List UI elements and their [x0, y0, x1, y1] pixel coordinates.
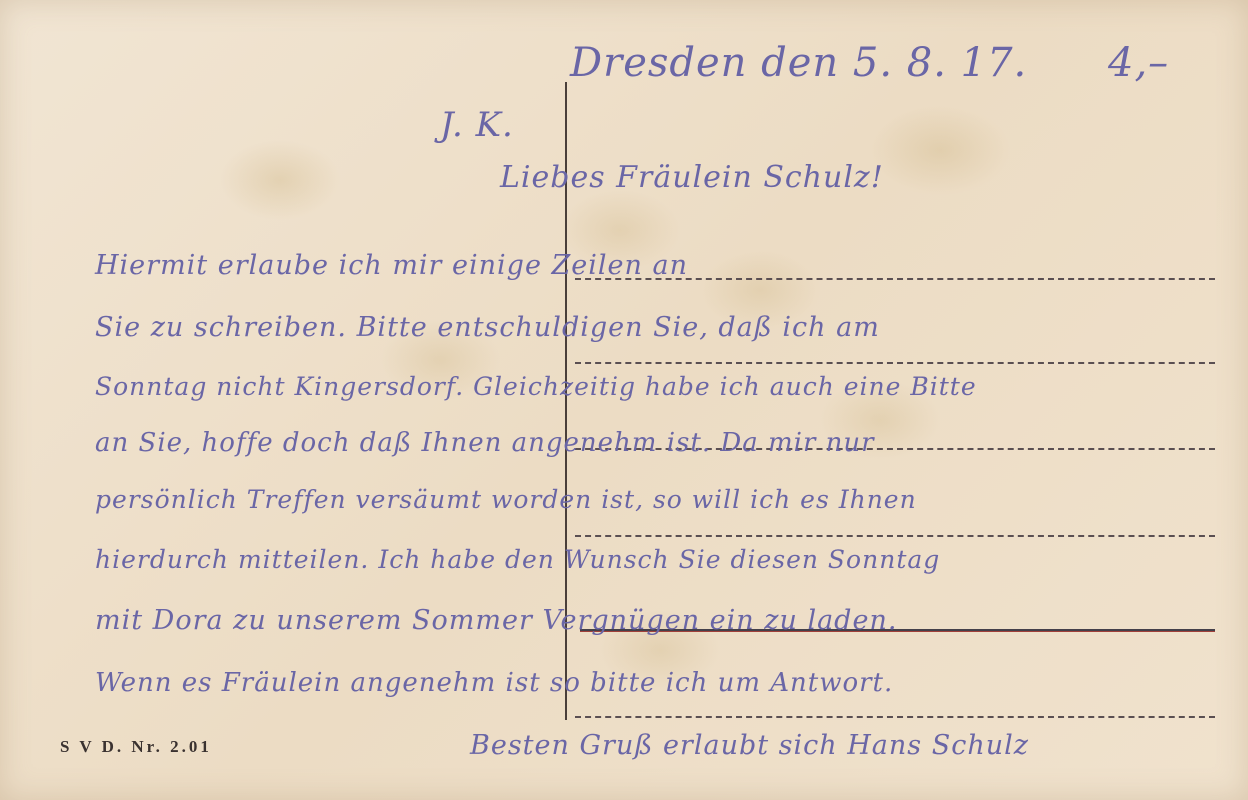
address-line-2 [575, 362, 1215, 364]
body-line: persönlich Treffen versäumt worden ist, … [95, 485, 917, 514]
address-line-4 [575, 535, 1215, 537]
body-line: Sonntag nicht Kingersdorf. Gleichzeitig … [95, 372, 977, 401]
postcard-back: Dresden den 5. 8. 17. 4,– J. K. Liebes F… [0, 0, 1248, 800]
body-line: hierdurch mitteilen. Ich habe den Wunsch… [95, 545, 940, 574]
body-line: mit Dora zu unserem Sommer Vergnügen ein… [95, 605, 897, 636]
body-line: Hiermit erlaube ich mir einige Zeilen an [95, 250, 688, 281]
salutation: Liebes Fräulein Schulz! [500, 160, 884, 195]
body-line: an Sie, hoffe doch daß Ihnen angenehm is… [95, 428, 875, 458]
address-line-5 [575, 716, 1215, 718]
body-line: Wenn es Fräulein angenehm ist so bitte i… [95, 668, 893, 698]
publisher-imprint: S V D. Nr. 2.01 [60, 737, 212, 757]
closing-signature: Besten Gruß erlaubt sich Hans Schulz [470, 730, 1029, 761]
body-line: Sie zu schreiben. Bitte entschuldigen Si… [95, 312, 880, 343]
price-note: 4,– [1108, 40, 1169, 86]
place-date: Dresden den 5. 8. 17. [570, 40, 1027, 86]
initials: J. K. [440, 105, 514, 145]
